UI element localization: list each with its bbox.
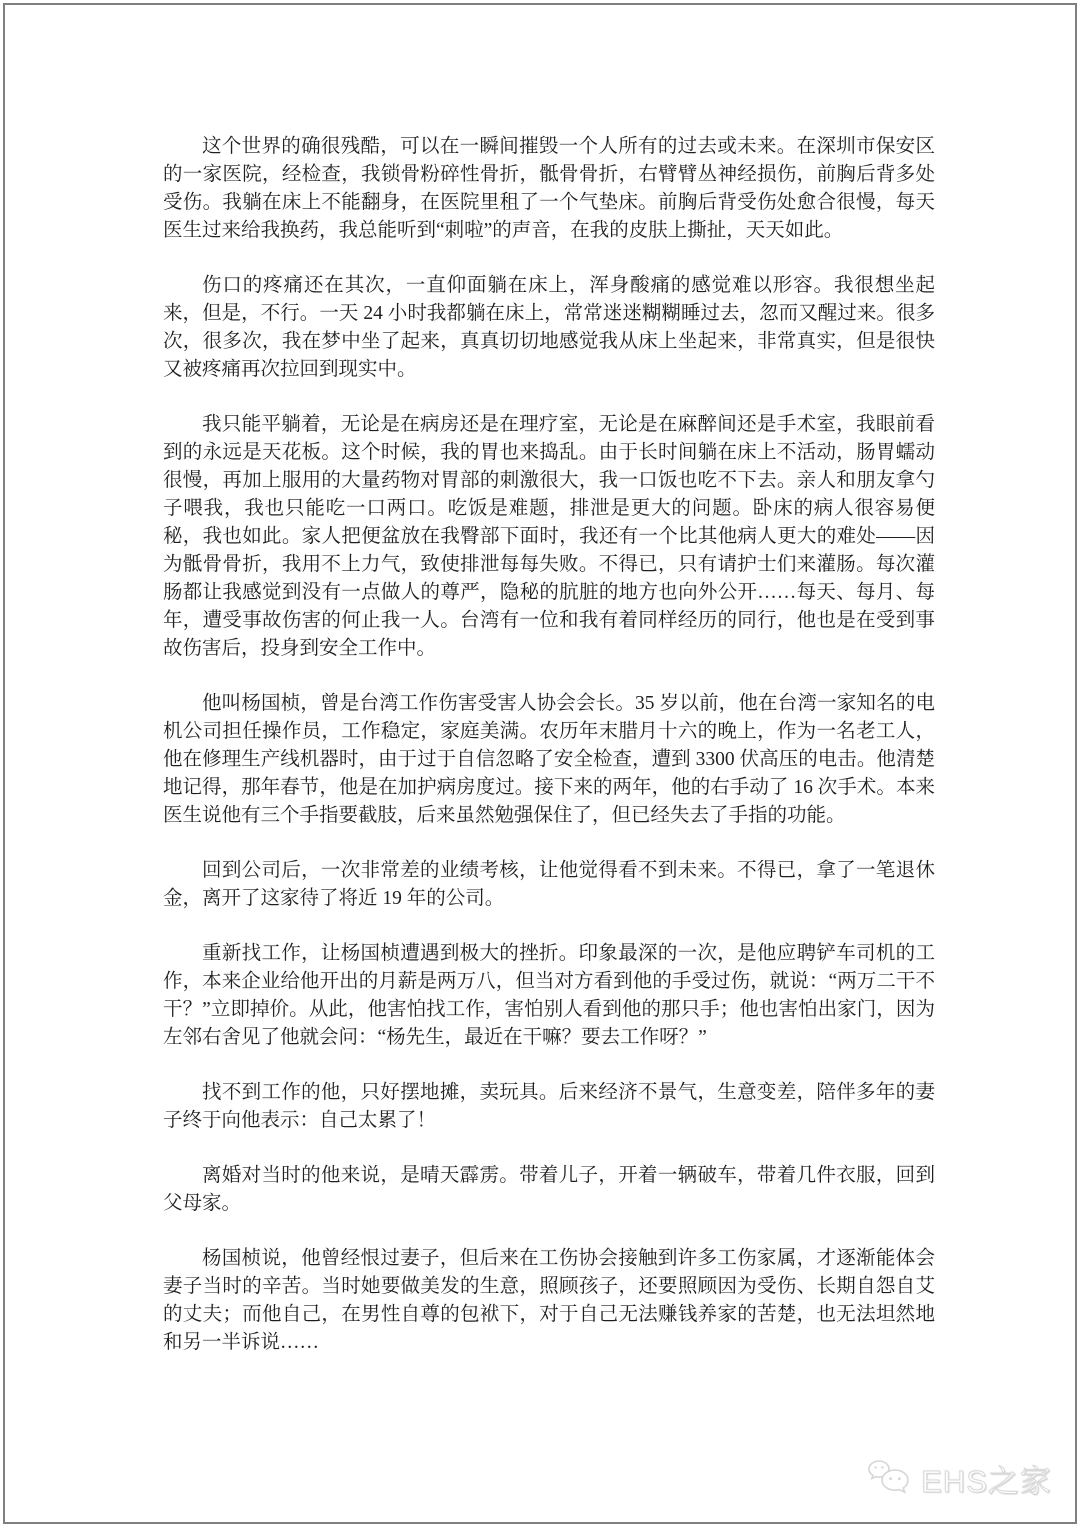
paragraph: 他叫杨国桢，曾是台湾工作伤害受害人协会会长。35 岁以前，他在台湾一家知名的电机… <box>163 690 935 830</box>
page: { "document": { "paragraphs": [ "这个世界的确很… <box>0 0 1080 1527</box>
paragraph: 回到公司后，一次非常差的业绩考核，让他觉得看不到未来。不得已，拿了一笔退休金，离… <box>163 857 935 913</box>
paragraph: 重新找工作，让杨国桢遭遇到极大的挫折。印象最深的一次，是他应聘铲车司机的工作，本… <box>163 940 935 1052</box>
paragraph: 这个世界的确很残酷，可以在一瞬间摧毁一个人所有的过去或未来。在深圳市保安区的一家… <box>163 133 935 245</box>
paragraph: 找不到工作的他，只好摆地摊，卖玩具。后来经济不景气，生意变差，陪伴多年的妻子终于… <box>163 1079 935 1135</box>
paragraph: 离婚对当时的他来说，是晴天霹雳。带着儿子，开着一辆破车，带着几件衣服，回到父母家… <box>163 1162 935 1218</box>
paragraph: 我只能平躺着，无论是在病房还是在理疗室，无论是在麻醉间还是手术室，我眼前看到的永… <box>163 411 935 663</box>
watermark: EHS之家 <box>866 1456 1052 1501</box>
paragraph: 杨国桢说，他曾经恨过妻子，但后来在工伤协会接触到许多工伤家属，才逐渐能体会妻子当… <box>163 1245 935 1357</box>
paragraph: 伤口的疼痛还在其次，一直仰面躺在床上，浑身酸痛的感觉难以形容。我很想坐起来，但是… <box>163 272 935 384</box>
document-body: 这个世界的确很残酷，可以在一瞬间摧毁一个人所有的过去或未来。在深圳市保安区的一家… <box>163 133 935 1384</box>
watermark-label: EHS之家 <box>921 1456 1052 1501</box>
wechat-icon <box>866 1458 912 1500</box>
